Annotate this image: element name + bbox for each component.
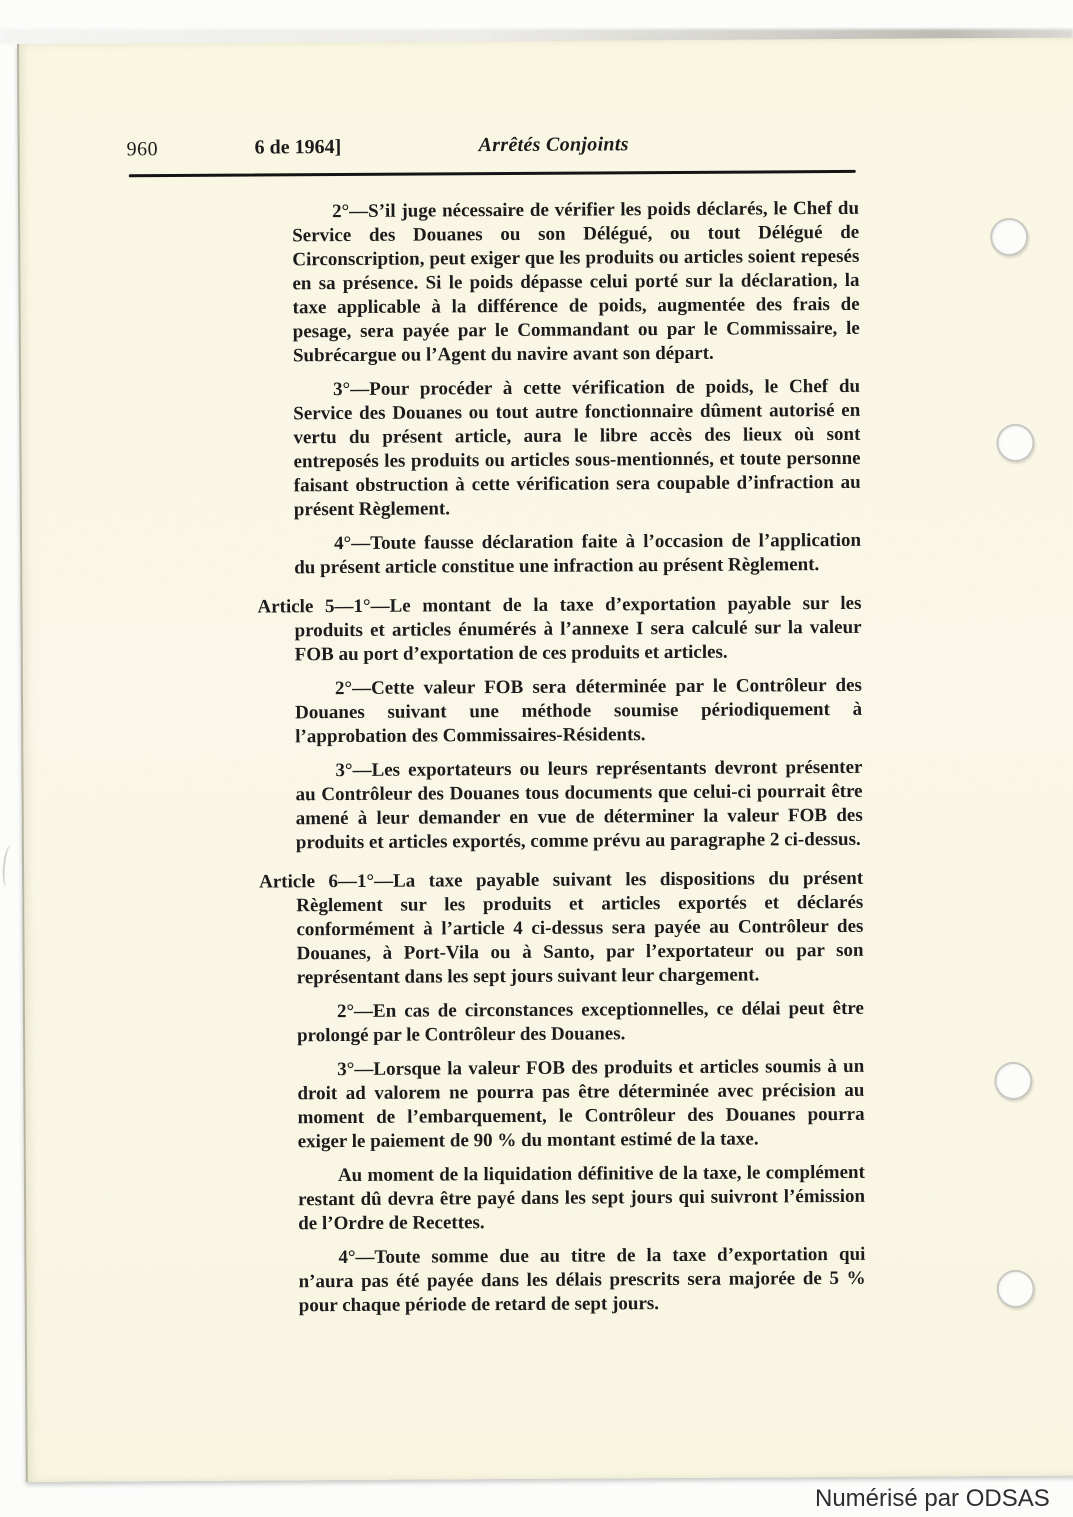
body-paragraph: 3°—Les exportateurs ou leurs représentan… (295, 756, 863, 855)
document-body: 2°—S’il juge nécessaire de vérifier les … (255, 197, 866, 1329)
body-paragraph: 3°—Pour procéder à cette vérification de… (293, 375, 861, 522)
punch-hole (997, 1270, 1035, 1308)
punch-hole (996, 424, 1034, 462)
article-paragraph: Article 5—1°—Le montant de la taxe d’exp… (257, 592, 861, 668)
body-paragraph: 4°—Toute fausse déclaration faite à l’oc… (294, 529, 861, 580)
page-number: 960 (127, 138, 159, 161)
punch-hole (994, 1062, 1032, 1100)
header-rule (129, 170, 856, 177)
edition-label: 6 de 1964] (255, 136, 342, 160)
body-paragraph: 4°—Toute somme due au titre de la taxe d… (298, 1243, 865, 1318)
odsas-watermark: Numérisé par ODSAS (815, 1485, 1050, 1513)
body-paragraph: 2°—En cas de circonstances exceptionnell… (297, 997, 864, 1048)
scanned-page: 960 6 de 1964] Arrêtés Conjoints 2°—S’il… (17, 37, 1073, 1481)
body-paragraph: 3°—Lorsque la valeur FOB des produits et… (297, 1055, 865, 1154)
article-paragraph: Article 6—1°—La taxe payable suivant les… (259, 867, 864, 991)
punch-hole (990, 218, 1028, 256)
scan-artifact (1, 844, 17, 887)
journal-title: Arrêtés Conjoints (479, 133, 629, 157)
body-paragraph: 2°—S’il juge nécessaire de vérifier les … (292, 197, 860, 368)
body-paragraph: Au moment de la liquidation définitive d… (298, 1161, 865, 1236)
body-paragraph: 2°—Cette valeur FOB sera déterminée par … (295, 674, 862, 749)
